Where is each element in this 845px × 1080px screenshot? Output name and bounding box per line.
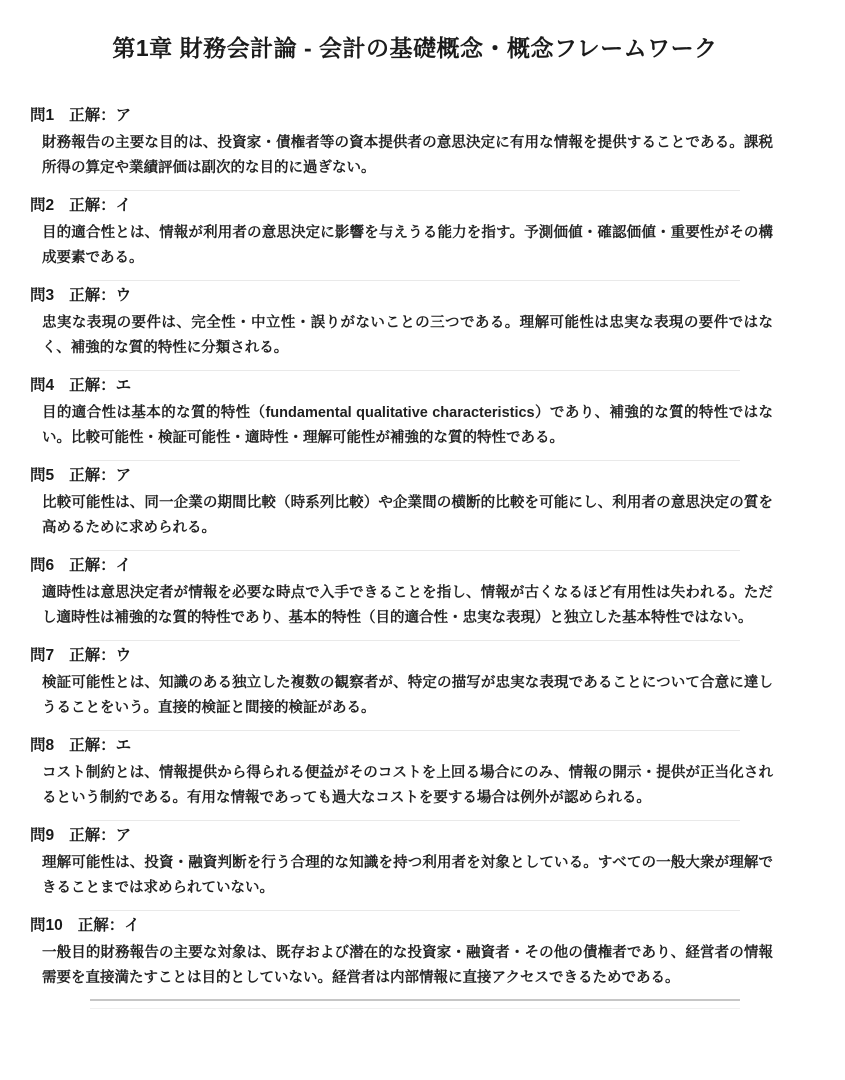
question-number: 問3 xyxy=(30,286,54,306)
answer-explanation: 比較可能性は、同一企業の期間比較（時系列比較）や企業間の横断的比較を可能にし、利… xyxy=(42,491,773,541)
answer-list: 問1 正解：ア 財務報告の主要な目的は、投資家・債権者等の資本提供者の意思決定に… xyxy=(30,106,800,1009)
question-number: 問8 xyxy=(30,736,54,756)
correct-answer-label: 正解：イ xyxy=(69,196,131,216)
answer-explanation: 目的適合性とは、情報が利用者の意思決定に影響を与えうる能力を指す。予測価値・確認… xyxy=(42,221,773,271)
correct-answer-label: 正解：ア xyxy=(69,466,131,486)
divider xyxy=(90,1008,740,1009)
answer-explanation: 目的適合性は基本的な質的特性（fundamental qualitative c… xyxy=(42,401,773,451)
divider xyxy=(90,730,740,731)
question-number: 問1 xyxy=(30,106,54,126)
answer-explanation: 忠実な表現の要件は、完全性・中立性・誤りがないことの三つである。理解可能性は忠実… xyxy=(42,311,773,361)
answer-item: 問8 正解：エ コスト制約とは、情報提供から得られる便益がそのコストを上回る場合… xyxy=(30,736,800,821)
answer-item: 問5 正解：ア 比較可能性は、同一企業の期間比較（時系列比較）や企業間の横断的比… xyxy=(30,466,800,551)
answer-item-header: 問1 正解：ア xyxy=(30,106,800,126)
answer-explanation: 検証可能性とは、知識のある独立した複数の観察者が、特定の描写が忠実な表現であるこ… xyxy=(42,671,773,721)
correct-answer-label: 正解：エ xyxy=(69,736,131,756)
answer-item-header: 問4 正解：エ xyxy=(30,376,800,396)
answer-item: 問10 正解：イ 一般目的財務報告の主要な対象は、既存および潜在的な投資家・融資… xyxy=(30,916,800,1009)
divider xyxy=(90,280,740,281)
answer-item-header: 問8 正解：エ xyxy=(30,736,800,756)
answer-item-header: 問7 正解：ウ xyxy=(30,646,800,666)
answer-item: 問1 正解：ア 財務報告の主要な目的は、投資家・債権者等の資本提供者の意思決定に… xyxy=(30,106,800,191)
question-number: 問10 xyxy=(30,916,63,936)
answer-explanation: コスト制約とは、情報提供から得られる便益がそのコストを上回る場合にのみ、情報の開… xyxy=(42,761,773,811)
answer-item: 問4 正解：エ 目的適合性は基本的な質的特性（fundamental quali… xyxy=(30,376,800,461)
divider xyxy=(90,820,740,821)
correct-answer-label: 正解：エ xyxy=(69,376,131,396)
answer-item: 問6 正解：イ 適時性は意思決定者が情報を必要な時点で入手できることを指し、情報… xyxy=(30,556,800,641)
answer-item: 問2 正解：イ 目的適合性とは、情報が利用者の意思決定に影響を与えうる能力を指す… xyxy=(30,196,800,281)
page-title: 第1章 財務会計論 - 会計の基礎概念・概念フレームワーク xyxy=(30,33,800,63)
answer-explanation: 適時性は意思決定者が情報を必要な時点で入手できることを指し、情報が古くなるほど有… xyxy=(42,581,773,631)
question-number: 問5 xyxy=(30,466,54,486)
question-number: 問9 xyxy=(30,826,54,846)
question-number: 問6 xyxy=(30,556,54,576)
correct-answer-label: 正解：ウ xyxy=(69,286,131,306)
divider xyxy=(90,910,740,911)
document-page: 第1章 財務会計論 - 会計の基礎概念・概念フレームワーク 問1 正解：ア 財務… xyxy=(0,0,845,1080)
answer-item-header: 問3 正解：ウ xyxy=(30,286,800,306)
correct-answer-label: 正解：イ xyxy=(69,556,131,576)
answer-item-header: 問5 正解：ア xyxy=(30,466,800,486)
answer-explanation: 財務報告の主要な目的は、投資家・債権者等の資本提供者の意思決定に有用な情報を提供… xyxy=(42,131,773,181)
answer-item: 問3 正解：ウ 忠実な表現の要件は、完全性・中立性・誤りがないことの三つである。… xyxy=(30,286,800,371)
correct-answer-label: 正解：ウ xyxy=(69,646,131,666)
answer-item-header: 問9 正解：ア xyxy=(30,826,800,846)
correct-answer-label: 正解：ア xyxy=(69,826,131,846)
answer-item-header: 問2 正解：イ xyxy=(30,196,800,216)
divider xyxy=(90,640,740,641)
correct-answer-label: 正解：イ xyxy=(78,916,140,936)
correct-answer-label: 正解：ア xyxy=(69,106,131,126)
answer-item: 問9 正解：ア 理解可能性は、投資・融資判断を行う合理的な知識を持つ利用者を対象… xyxy=(30,826,800,911)
answer-explanation: 理解可能性は、投資・融資判断を行う合理的な知識を持つ利用者を対象としている。すべ… xyxy=(42,851,773,901)
divider xyxy=(90,550,740,551)
question-number: 問2 xyxy=(30,196,54,216)
divider xyxy=(90,999,740,1001)
question-number: 問4 xyxy=(30,376,54,396)
answer-item-header: 問10 正解：イ xyxy=(30,916,800,936)
answer-item-header: 問6 正解：イ xyxy=(30,556,800,576)
question-number: 問7 xyxy=(30,646,54,666)
divider xyxy=(90,190,740,191)
divider xyxy=(90,370,740,371)
answer-item: 問7 正解：ウ 検証可能性とは、知識のある独立した複数の観察者が、特定の描写が忠… xyxy=(30,646,800,731)
divider xyxy=(90,460,740,461)
answer-explanation: 一般目的財務報告の主要な対象は、既存および潜在的な投資家・融資者・その他の債権者… xyxy=(42,941,773,991)
